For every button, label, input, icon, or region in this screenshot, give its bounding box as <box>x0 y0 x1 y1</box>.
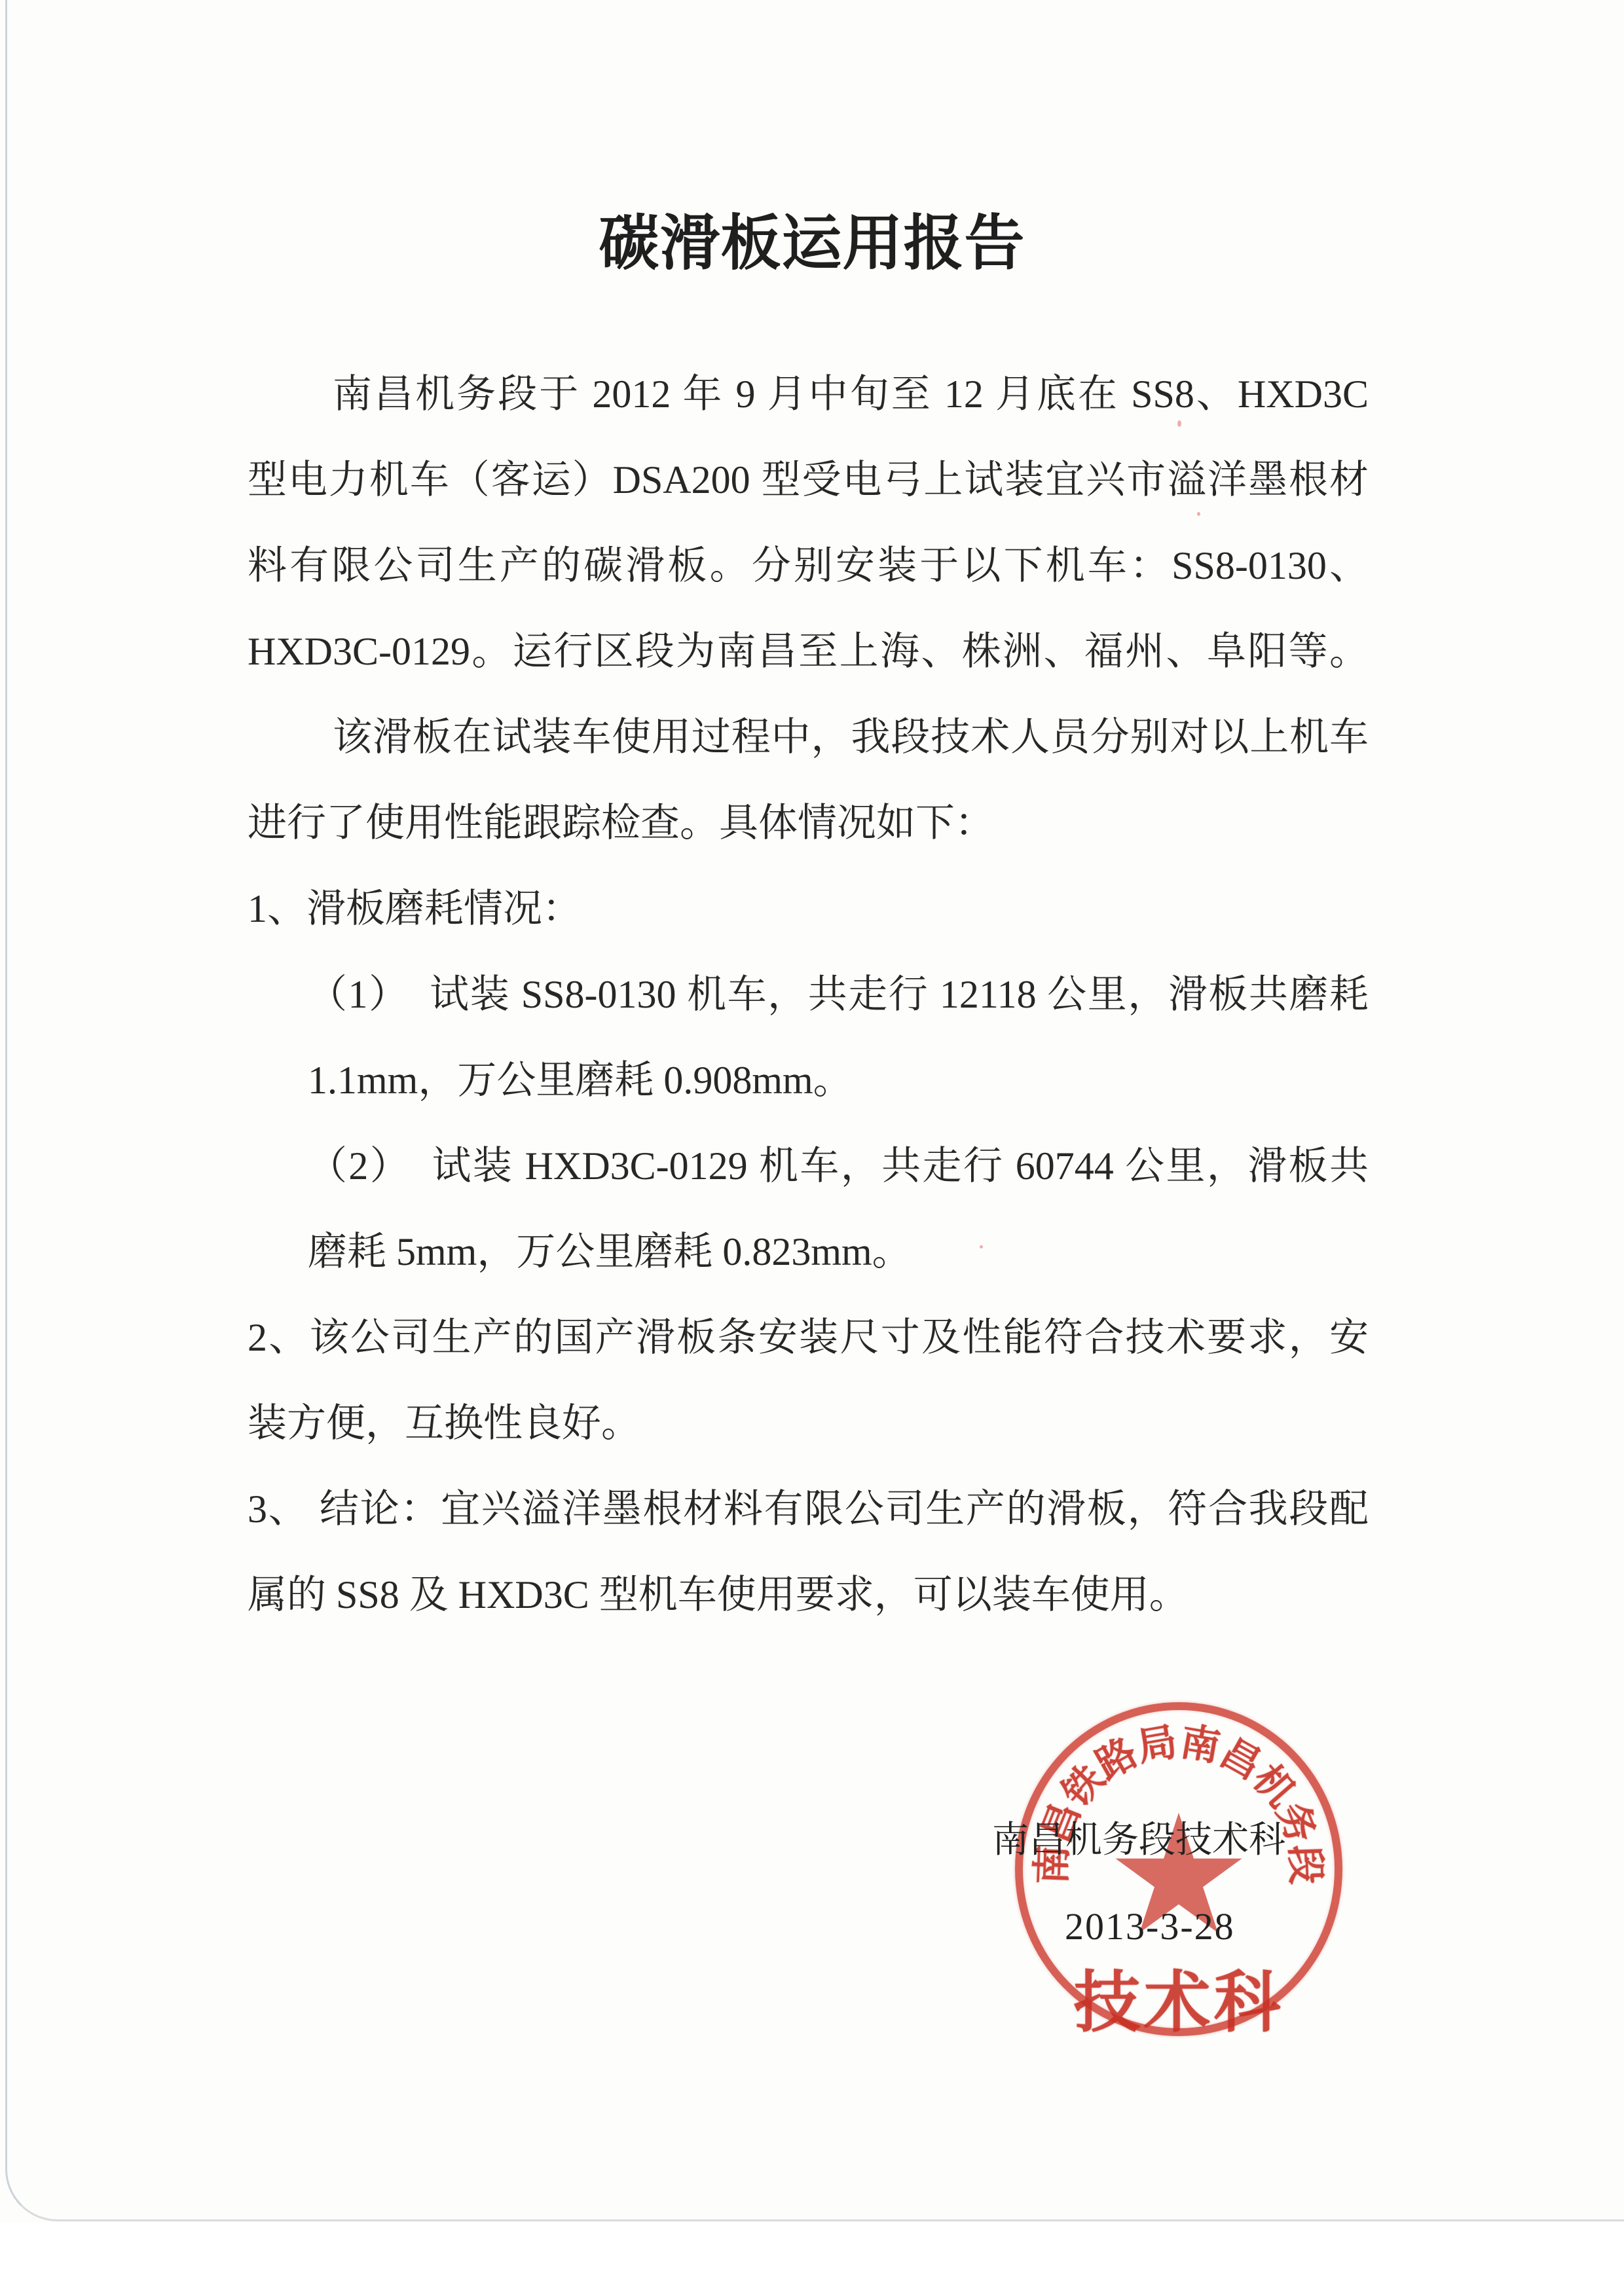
scan-background <box>0 2223 1624 2296</box>
text-line: 料有限公司生产的碳滑板。分别安装于以下机车：SS8-0130、 <box>248 523 1369 609</box>
seal-arc-char: 铁 <box>1048 1751 1113 1816</box>
scan-artifact-speck <box>980 1245 983 1248</box>
text-line: 型电力机车（客运）DSA200 型受电弓上试装宜兴市溢洋墨根材 <box>248 437 1369 523</box>
scan-artifact-speck <box>1197 512 1200 516</box>
scan-artifact-speck <box>1177 420 1181 427</box>
text-line: 该滑板在试装车使用过程中，我段技术人员分别对以上机车 <box>248 695 1369 780</box>
text-line: HXD3C-0129。运行区段为南昌至上海、株洲、福州、阜阳等。 <box>248 609 1369 695</box>
text-line: （1） 试装 SS8-0130 机车，共走行 12118 公里，滑板共磨耗 <box>248 952 1369 1038</box>
text-line: 南昌机务段于 2012 年 9 月中旬至 12 月底在 SS8、HXD3C <box>248 352 1369 437</box>
text-line: 1、滑板磨耗情况： <box>248 866 1369 952</box>
scanned-report-page: 碳滑板运用报告 南昌机务段于 2012 年 9 月中旬至 12 月底在 SS8、… <box>0 0 1624 2296</box>
document-body: 南昌机务段于 2012 年 9 月中旬至 12 月底在 SS8、HXD3C型电力… <box>248 352 1369 1638</box>
text-line: 属的 SS8 及 HXD3C 型机车使用要求，可以装车使用。 <box>248 1552 1369 1638</box>
text-line: 3、 结论：宜兴溢洋墨根材料有限公司生产的滑板，符合我段配 <box>248 1467 1369 1552</box>
text-line: 装方便，互换性良好。 <box>248 1381 1369 1467</box>
official-seal: 南昌铁路局南昌机务段 ★ 技术科 <box>1015 1702 1342 2036</box>
seal-arc-char: 路 <box>1084 1725 1146 1787</box>
text-line: 1.1mm，万公里磨耗 0.908mm。 <box>248 1038 1369 1123</box>
document-title: 碳滑板运用报告 <box>0 195 1624 282</box>
text-line: （2） 试装 HXD3C-0129 机车，共走行 60744 公里，滑板共 <box>248 1123 1369 1209</box>
text-line: 磨耗 5mm，万公里磨耗 0.823mm。 <box>248 1209 1369 1295</box>
seal-arc-char: 局 <box>1130 1715 1183 1768</box>
signature-department: 南昌机务段技术科 <box>992 1820 1285 1861</box>
seal-arc-char: 机 <box>1244 1751 1309 1816</box>
text-line: 2、该公司生产的国产滑板条安装尺寸及性能符合技术要求，安 <box>248 1295 1369 1381</box>
seal-center-text: 技术科 <box>1074 1950 1284 2045</box>
seal-arc-char: 段 <box>1285 1841 1332 1888</box>
seal-arc-char: 南 <box>1174 1715 1227 1768</box>
seal-ring-circle <box>1015 1702 1342 2036</box>
seal-arc-char: 昌 <box>1211 1725 1273 1787</box>
text-line: 进行了使用性能跟踪检查。具体情况如下： <box>248 780 1369 866</box>
signature-date: 2013-3-28 <box>1065 1906 1235 1947</box>
